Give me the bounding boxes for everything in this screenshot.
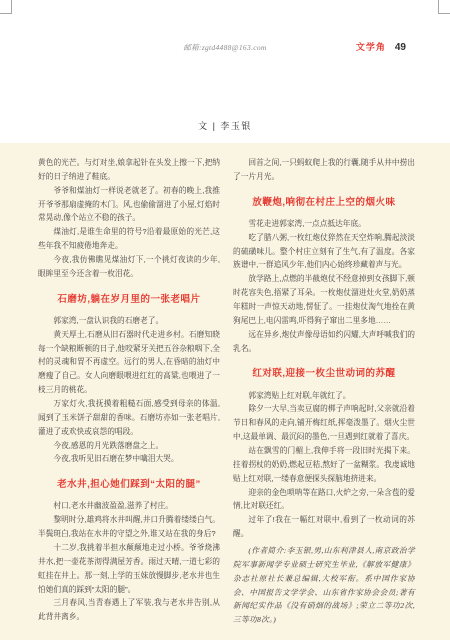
page-number: 49 (395, 42, 406, 53)
header-right-group: 文学角 49 (356, 40, 406, 53)
header-email: 邮箱:zgtd4488@163.com (183, 42, 266, 53)
author-bio: (作者简介:李玉银,男,山东利津县人,南京政治学院军事新闻学专业硕士研究生毕业,… (233, 544, 415, 627)
section-heading: 老水井,担心她们踩到“太阳的腿” (38, 476, 220, 493)
paragraph: 今夜,我仿佛瞧见煤油灯下,一个挑灯夜读的少年,眼眸里至今还含着一枚泪花。 (38, 253, 220, 281)
paragraph: 郭家湾贴上红对联,年就红了。 (233, 389, 415, 403)
paragraph: 吃了腊八粥,一枚红炮仗猝然在天空炸响,腾起淡淡的硫磺味儿。整个村庄立刻有了生气,… (233, 231, 415, 273)
paragraph: 过年了!我在一幅红对联中,看到了一枚动词的苏醒。 (233, 513, 415, 541)
paragraph: 煤油灯,是谁生命里的符号?沿着最原始的光芒,这些年我不知疲倦地奔走。 (38, 225, 220, 253)
paragraph: 站在飘雪的门楣上,我伸手将一段旧时光揭下来。拄着拐杖的奶奶,燃起豆秸,熬好了一盆… (233, 444, 415, 486)
paragraph: 放学路上,点燃的半截炮仗不经意掉到女孩脚下,顿时花容失色,捂紧了耳朵。一枚炮仗溜… (233, 272, 415, 327)
crop-mark-top-right (438, 0, 450, 14)
paragraph: 村口,老水井幽波盈盈,滋养了村庄。 (38, 499, 220, 513)
article-content-panel: 黄色的光芒。与灯对坐,娘拿起针在头发上擦一下,把纳好的日子纳进了鞋底。爷爷和煤油… (0, 143, 450, 640)
paragraph: 三月春风,当青春遇上了军装,我与老水井告别,从此背井离乡。 (38, 596, 220, 624)
section-heading: 放鞭炮,响彻在村庄上空的烟火味 (233, 194, 415, 211)
crop-mark-top-left (0, 0, 12, 14)
magazine-page: 邮箱:zgtd4488@163.com 文学角 49 文 | 李玉银 黄色的光芒… (0, 0, 450, 640)
paragraph: 雪花走进郭家湾,一点点抵达年底。 (233, 217, 415, 231)
section-heading: 石磨坊,躺在岁月里的一张老唱片 (38, 291, 220, 308)
paragraph: 十二岁,我挑着半担水颠颠地走过小桥。爷爷烧沸井水,把一壶花茶沏得满屋芳香。雨过天… (38, 541, 220, 596)
paragraph: 黄色的光芒。与灯对坐,娘拿起针在头发上擦一下,把纳好的日子纳进了鞋底。 (38, 156, 220, 184)
paragraph: 万家灯火,我抚摸着粗糙石面,感受到母亲的体温,闻到了玉米饼子甜甜的香味。石磨坊亦… (38, 397, 220, 439)
section-title: 文学角 (356, 40, 386, 53)
paragraph: 回首之间,一只蚂蚁爬上我的行囊,随手从井中捞出了一片月光。 (233, 156, 415, 184)
paragraph: 郭家湾,一盘认识我的石磨老了。 (38, 314, 220, 328)
paragraph: 爷爷和煤油灯一样说老就老了。初春的晚上,我推开爷爷那扇虚掩的木门。风,也偷偷溜进… (38, 184, 220, 226)
paragraph: 今夜,我听见旧石磨在梦中噙泪大哭。 (38, 452, 220, 466)
paragraph: 黄天厚土,石磨从旧石器时代走进乡村。石磨知晓每一个缺粮断顿的日子,他咬紧牙关把五… (38, 328, 220, 397)
paragraph: 迎亲的金色唢呐等在路口,火炉之旁,一朵含苞的爱情,比对联还红。 (233, 486, 415, 514)
paragraph: 远在异乡,炮仗声像母语如约闪耀,大声呼喊我们的乳名。 (233, 328, 415, 356)
paragraph: 今夜,感恩的月光跌落磨盘之上。 (38, 439, 220, 453)
paragraph: 黎明时分,雄鸡将水井叫醒,井口升腾着缕缕白气。半鬓斑白,我站在水井的守望之外,谁… (38, 513, 220, 541)
paragraph: 除夕一大早,当卖豆腐的梆子声响起时,父亲就沿着节日和春风的走向,铺开梅红纸,挥毫… (233, 402, 415, 444)
article-columns: 黄色的光芒。与灯对坐,娘拿起针在头发上擦一下,把纳好的日子纳进了鞋底。爷爷和煤油… (38, 156, 415, 640)
byline: 文 | 李玉银 (198, 119, 252, 132)
section-heading: 红对联,迎接一枚尘世动词的苏醒 (233, 365, 415, 382)
